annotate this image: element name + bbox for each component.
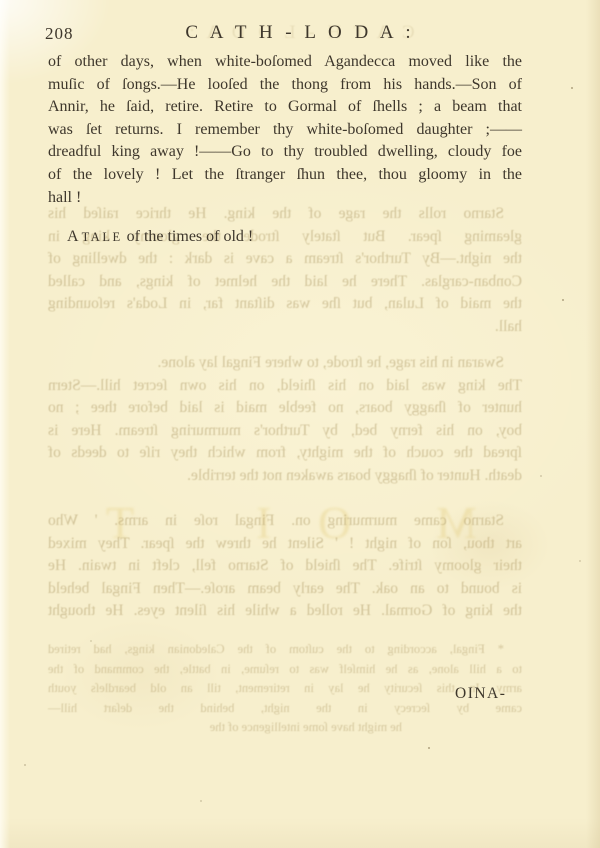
bleedthrough-paragraph: Starno rolls the rage of the king. He th… <box>48 203 522 338</box>
bleedthrough-line: Swaran in his rage, he ſtrode, to where … <box>48 352 522 375</box>
body-text-line: Annir, he ſaid, retire. Retire to Gormal… <box>48 96 522 119</box>
bleedthrough-line: their gloomy ſtrife. The ſhield of Starn… <box>48 555 522 578</box>
paper-speck <box>579 560 581 562</box>
bleedthrough-line: death. Hunter of ſhaggy boars awaken not… <box>48 465 522 488</box>
paper-speck <box>24 764 26 766</box>
tale-lead: A <box>67 228 78 245</box>
body-text-line: hall ! <box>48 187 522 210</box>
bleedthrough-line: * Fingal, according to the cuſtom of the… <box>48 640 522 660</box>
body-text-line: muſic of ſongs.—He looſed the thong from… <box>48 74 522 97</box>
body-text-line: was ſet returns. I remember thy white-bo… <box>48 119 522 142</box>
bleedthrough-line: The king was laid on his ſhield, on his … <box>48 375 522 398</box>
body-text-line: of the lovely ! Let the ſtranger ſhun th… <box>48 164 522 187</box>
bleedthrough-line: he might have ſome intelligence of the <box>48 718 522 738</box>
paper-speck <box>90 640 92 642</box>
bleedthrough-line: army. In this ſecurity he lay in retirem… <box>48 679 522 699</box>
tale-line: A tale of the times of old ! <box>67 228 253 246</box>
body-text-line: dreadful king away !——Go to thy troubled… <box>48 141 522 164</box>
bleedthrough-line: the night.—By Turthor's ſtream a cave is… <box>48 248 522 271</box>
bleedthrough-footnote: * Fingal, according to the cuſtom of the… <box>48 640 522 738</box>
paper-speck <box>200 800 202 802</box>
bleedthrough-line: hall. <box>48 316 522 339</box>
bleedthrough-line: hunter of ſhaggy boars, no feeble maid i… <box>48 397 522 420</box>
tale-smallcaps: tale <box>82 230 123 244</box>
bleedthrough-line: Starno came murmuring on. Fingal roſe in… <box>48 510 522 533</box>
bleedthrough-paragraph: Starno came murmuring on. Fingal roſe in… <box>48 510 522 623</box>
bleedthrough-line: is bound to an oak. The early beam aroſe… <box>48 578 522 601</box>
running-title: C A T H - L O D A : <box>0 22 600 44</box>
paper-speck <box>540 475 542 477</box>
bleedthrough-line: ſpread the couch of the mighty, from whi… <box>48 442 522 465</box>
body-paragraph: of other days, when white-boſomed Agande… <box>48 51 522 209</box>
bleedthrough-paragraph: Swaran in his rage, he ſtrode, to where … <box>48 352 522 487</box>
catchword: OINA- <box>455 685 506 703</box>
bleedthrough-line: boy, on his ferny bed, by Turthor's murm… <box>48 420 522 443</box>
body-text-line: of other days, when white-boſomed Agande… <box>48 51 522 74</box>
bleedthrough-line: the king of Gormal. He rolled a while hi… <box>48 600 522 623</box>
paper-speck <box>562 299 564 301</box>
tale-rest: of the times of old ! <box>127 228 254 245</box>
bleedthrough-line: art thou, ſon of night ! ' Silent he thr… <box>48 533 522 556</box>
paper-speck <box>428 747 430 749</box>
paper-speck <box>571 87 573 89</box>
bleedthrough-line: to a hill alone, as he himſelf was to re… <box>48 660 522 680</box>
bleedthrough-line: Conban-carglas. There he laid the helmet… <box>48 271 522 294</box>
book-page-scan: C A T H - L O D A : 208 C A T H - L O D … <box>0 0 600 848</box>
bleedthrough-line: came by ſecrecy in the night, behind the… <box>48 699 522 719</box>
bleedthrough-line: the maid of Lulan, but ſhe was diſtant f… <box>48 293 522 316</box>
